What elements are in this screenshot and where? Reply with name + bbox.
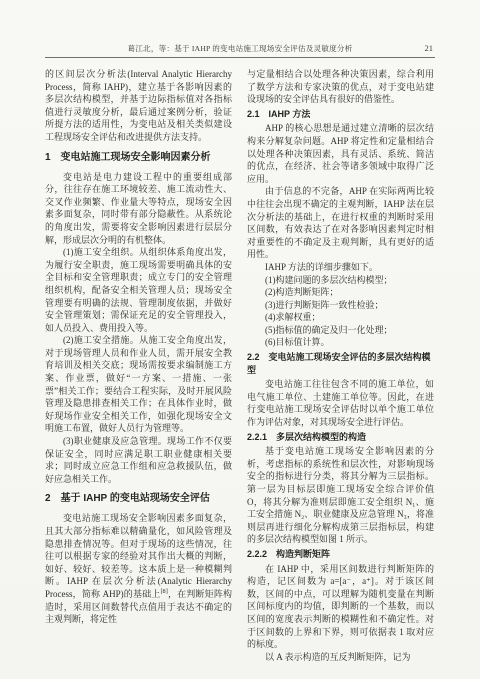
paragraph: 与定量相结合以处理各种决策因素，综合利用了数学方法和专家决策的优点，对于变电站建… (247, 68, 434, 106)
two-column-body: 的区间层次分析法(Interval Analytic Hierarchy Pro… (45, 68, 435, 663)
paragraph: 以 A 表示构造的互反判断矩阵，记为 (247, 651, 434, 664)
subsection-heading: 2.1 IAHP 方法 (247, 108, 434, 121)
paragraph: 变电站施工现场安全影响因素多面复杂，且其大部分指标难以精确量化，如风险管理及隐患… (45, 512, 232, 625)
paragraph: (1)施工安全组织。从组织体系角度出发，为履行安全职责，施工现场需要明确具体的安… (45, 246, 232, 334)
list-item: (3)进行判断矩阵一致性检验； (247, 299, 434, 312)
list-item: (5)指标值的确定及归一化处理； (247, 324, 434, 337)
left-column: 的区间层次分析法(Interval Analytic Hierarchy Pro… (45, 68, 232, 663)
paragraph: 在 IAHP 中，采用区间数进行判断矩阵的构造，记区间数为 a=[a⁻，a⁺]。… (247, 563, 434, 651)
subsubsection-heading: 2.2.1 多层次结构模型的构造 (247, 431, 434, 444)
page-header: 葛江北，等：基于 IAHP 的变电站施工现场安全评估及灵敏度分析 21 (45, 42, 435, 55)
list-item: (1)构建问题的多层次结构模型； (247, 274, 434, 287)
running-title: 葛江北，等：基于 IAHP 的变电站施工现场安全评估及灵敏度分析 (45, 42, 435, 55)
list-item: (4)求解权重； (247, 311, 434, 324)
list-item: (2)构造判断矩阵； (247, 286, 434, 299)
paragraph-text: 变电站施工现场安全影响因素多面复杂，且其大部分指标难以精确量化，如风险管理及隐患… (45, 513, 232, 599)
citation-superscript: [8] (160, 588, 167, 595)
paragraph: 的区间层次分析法(Interval Analytic Hierarchy Pro… (45, 68, 232, 144)
paper-page: 葛江北，等：基于 IAHP 的变电站施工现场安全评估及灵敏度分析 21 的区间层… (0, 0, 480, 679)
paragraph: (3)职业健康及应急管理。现场工作不仅要保证安全，同时应满足职工职业健康相关要求… (45, 435, 232, 485)
paragraph: 变电站施工往往包含不同的施工单位，如电气施工单位、土建施工单位等。因此，在进行变… (247, 378, 434, 428)
page-number: 21 (425, 42, 434, 55)
right-column: 与定量相结合以处理各种决策因素，综合利用了数学方法和专家决策的优点，对于变电站建… (247, 68, 434, 663)
paragraph: 由于信息的不完备，AHP 在实际两两比较中往往会出现不确定的主观判断，IAHP … (247, 185, 434, 261)
list-item: (6)目标值计算。 (247, 336, 434, 349)
section-heading: 2 基于 IAHP 的变电站现场安全评估 (45, 492, 232, 506)
page-content: 葛江北，等：基于 IAHP 的变电站施工现场安全评估及灵敏度分析 21 的区间层… (45, 42, 435, 663)
subsubsection-heading: 2.2.2 构造判断矩阵 (247, 548, 434, 561)
header-rule (45, 57, 435, 58)
paragraph: AHP 的核心思想是通过建立清晰的层次结构来分解复杂问题。AHP 将定性和定量相… (247, 122, 434, 185)
section-heading: 1 变电站施工现场安全影响因素分析 (45, 151, 232, 165)
subsection-heading: 2.2 变电站施工现场安全评估的多层次结构模型 (247, 351, 434, 376)
paragraph: 基于变电站施工现场安全影响因素的分析，考虑指标的系统性和层次性，对影响现场安全的… (247, 445, 434, 546)
paragraph: IAHP 方法的详细步骤如下。 (247, 261, 434, 274)
paragraph: (2)施工安全措施。从施工安全角度出发，对于现场管理人员和作业人员，需开展安全教… (45, 334, 232, 435)
paragraph: 变电站是电力建设工程中的重要组成部分，往往存在施工环境较差、施工流动性大、交叉作… (45, 171, 232, 247)
